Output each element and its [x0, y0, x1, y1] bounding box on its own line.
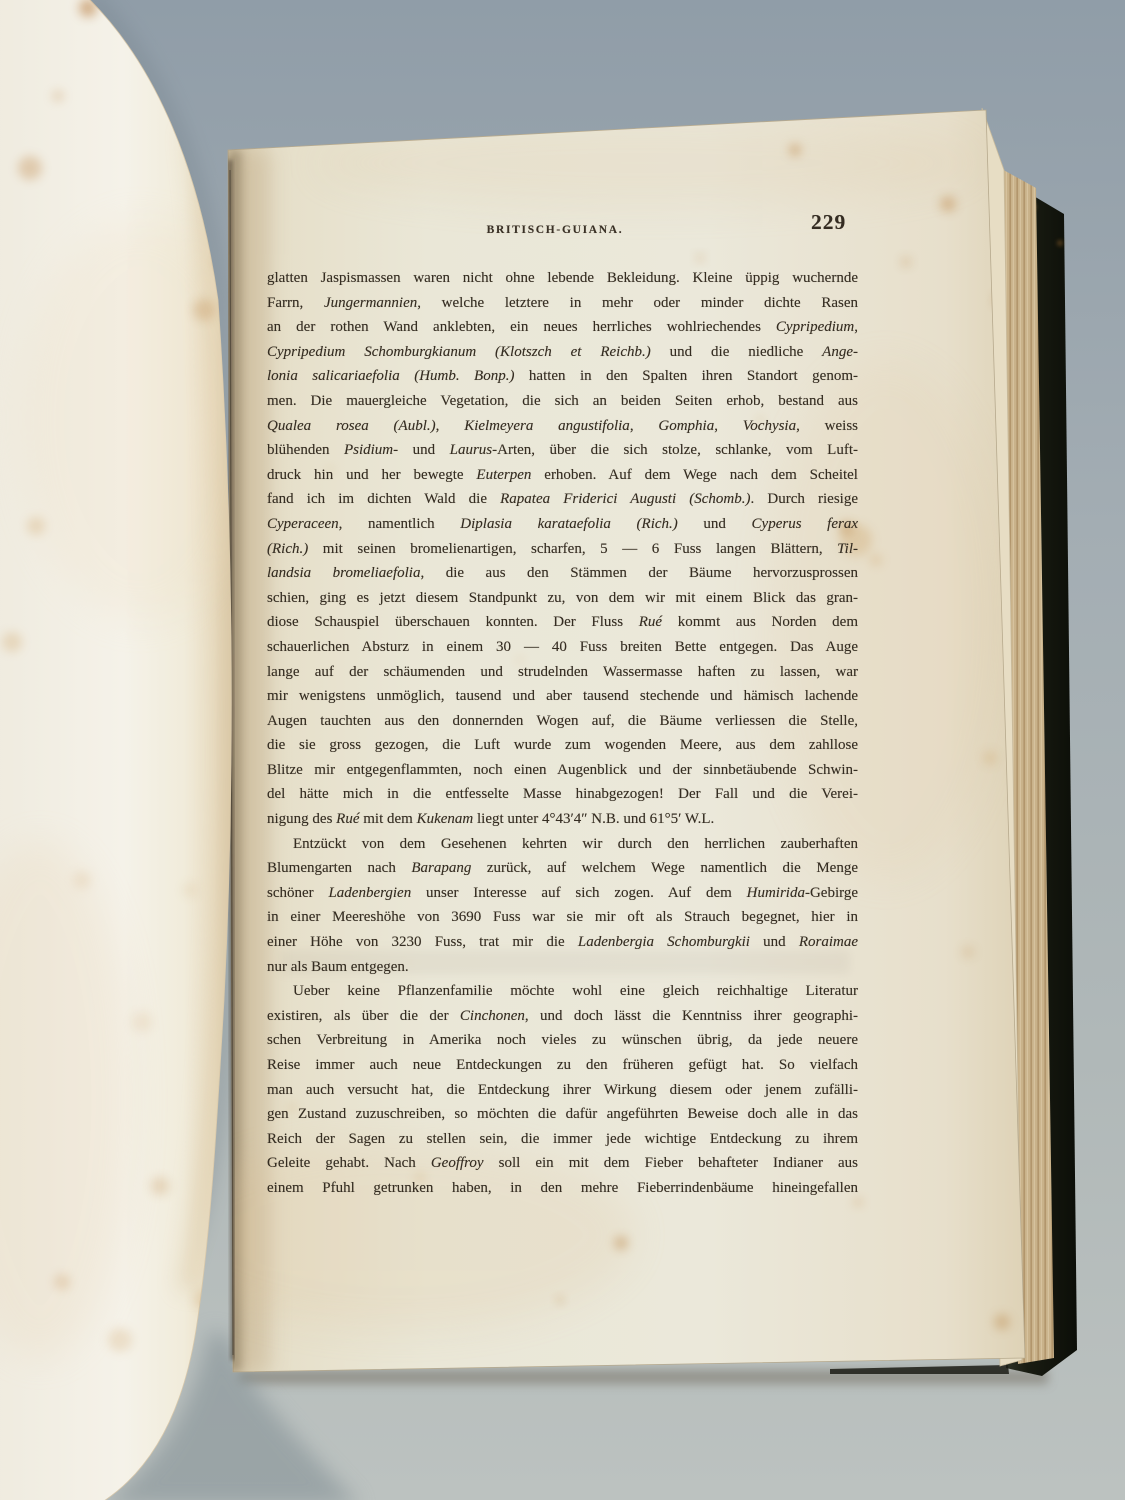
text-line: Cyperaceen, namentlich Diplasia karataef… — [267, 512, 858, 537]
text-line: nigung des Rué mit dem Kukenam liegt unt… — [267, 807, 858, 832]
text-line: in einer Meereshöhe von 3690 Fuss war si… — [267, 905, 858, 930]
text-line: glatten Jaspismassen waren nicht ohne le… — [267, 266, 858, 291]
text-line: gen Zustand zuzuschreiben, so möchten di… — [267, 1102, 858, 1127]
text-line: mir wenigstens unmöglich, tausend und ab… — [267, 684, 858, 709]
text-line: Cypripedium Schomburgkianum (Klotszch et… — [267, 340, 858, 365]
text-line: an der rothen Wand anklebten, ein neues … — [267, 315, 858, 340]
text-line: man auch versucht hat, die Entdeckung ih… — [267, 1078, 858, 1103]
text-line: druck hin und her bewegte Euterpen erhob… — [267, 463, 858, 488]
text-line: Blitze mir entgegenflammten, noch einen … — [267, 758, 858, 783]
text-line: schen Verbreitung in Amerika noch vieles… — [267, 1028, 858, 1053]
text-line: Geleite gehabt. Nach Geoffroy soll ein m… — [267, 1151, 858, 1176]
text-line: Augen tauchten aus den donnernden Wogen … — [267, 709, 858, 734]
text-line: landsia bromeliaefolia, die aus den Stäm… — [267, 561, 858, 586]
text-line: fand ich im dichten Wald die Rapatea Fri… — [267, 487, 858, 512]
text-line: schien, ging es jetzt diesem Standpunkt … — [267, 586, 858, 611]
text-line: Entzückt von dem Gesehenen kehrten wir d… — [267, 832, 858, 857]
text-line: einem Pfuhl getrunken haben, in den mehr… — [267, 1176, 858, 1201]
text-line: blühenden Psidium- und Laurus-Arten, übe… — [267, 438, 858, 463]
text-line: schöner Ladenbergien unser Interesse auf… — [267, 881, 858, 906]
text-line: einer Höhe von 3230 Fuss, trat mir die L… — [267, 930, 858, 955]
text-line: Reise immer auch neue Entdeckungen zu de… — [267, 1053, 858, 1078]
text-line: diose Schauspiel überschauen konnten. De… — [267, 610, 858, 635]
text-line: Qualea rosea (Aubl.), Kielmeyera angusti… — [267, 414, 858, 439]
text-line: del hätte mich in die entfesselte Masse … — [267, 782, 858, 807]
text-line: Blumengarten nach Barapang zurück, auf w… — [267, 856, 858, 881]
book-page-photo: BRITISCH-GUIANA. 229 glatten Jaspismasse… — [0, 0, 1125, 1500]
page-number: 229 — [811, 210, 846, 235]
text-line: lange auf der schäumenden und strudelnde… — [267, 660, 858, 685]
text-line: (Rich.) mit seinen bromelienartigen, sch… — [267, 537, 858, 562]
text-line: Ueber keine Pflanzenfamilie möchte wohl … — [267, 979, 858, 1004]
text-line: men. Die mauergleiche Vegetation, die si… — [267, 389, 858, 414]
text-line: Reich der Sagen zu stellen sein, die imm… — [267, 1127, 858, 1152]
text-line: Farrn, Jungermannien, welche letztere in… — [267, 291, 858, 316]
text-line: lonia salicariaefolia (Humb. Bonp.) hatt… — [267, 364, 858, 389]
text-line: die sie gross gezogen, die Luft wurde zu… — [267, 733, 858, 758]
page-header: BRITISCH-GUIANA. — [420, 224, 690, 236]
text-line: schauerlichen Absturz in einem 30 — 40 F… — [267, 635, 858, 660]
text-line: nur als Baum entgegen. — [267, 955, 858, 980]
text-line: existiren, als über die der Cinchonen, u… — [267, 1004, 858, 1029]
text-block: glatten Jaspismassen waren nicht ohne le… — [267, 266, 858, 1201]
